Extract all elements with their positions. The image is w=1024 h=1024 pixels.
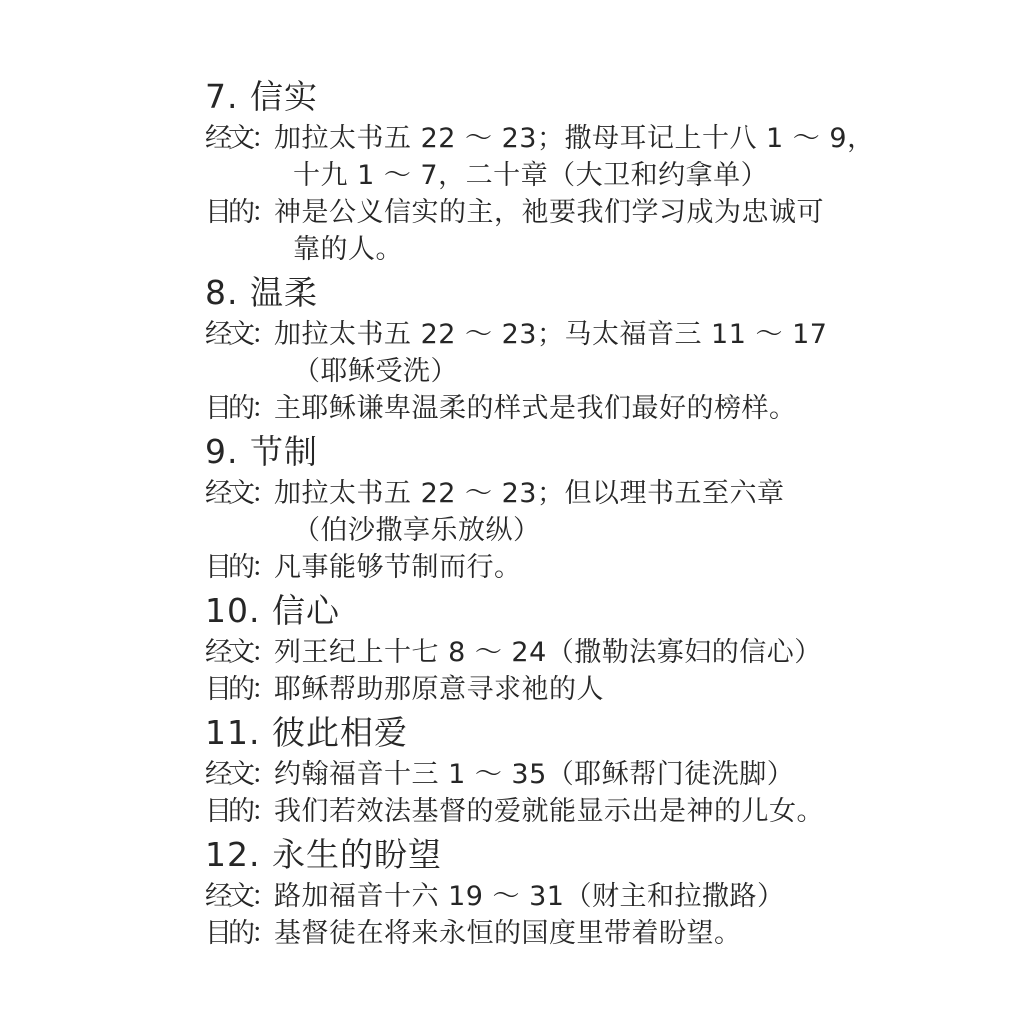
scripture-line: 列王纪上十七 8 ～ 24（撒勒法寡妇的信心） (274, 634, 905, 671)
purpose-content: 基督徒在将来永恒的国度里带着盼望。 (274, 915, 905, 952)
purpose-content: 神是公义信实的主，祂要我们学习成为忠诚可 靠的人。 (274, 194, 905, 268)
purpose-line: 神是公义信实的主，祂要我们学习成为忠诚可 (274, 194, 905, 231)
scripture-line: 路加福音十六 19 ～ 31（财主和拉撒路） (274, 878, 905, 915)
scripture-label: 经文： (205, 756, 274, 793)
scripture-content: 加拉太书五 22 ～ 23；马太福音三 11 ～ 17 （耶稣受洗） (274, 316, 905, 390)
purpose-line: 基督徒在将来永恒的国度里带着盼望。 (274, 915, 905, 952)
purpose-line: 耶稣帮助那原意寻求祂的人 (274, 671, 905, 708)
lesson-outline: 7. 信实 经文： 加拉太书五 22 ～ 23；撒母耳记上十八 1 ～ 9， 十… (205, 80, 905, 960)
scripture-label: 经文： (205, 316, 274, 353)
scripture-label: 经文： (205, 475, 274, 512)
purpose-row: 目的： 基督徒在将来永恒的国度里带着盼望。 (205, 915, 905, 952)
purpose-label: 目的： (205, 194, 274, 231)
scripture-content: 加拉太书五 22 ～ 23；但以理书五至六章 （伯沙撒享乐放纵） (274, 475, 905, 549)
scripture-line: 加拉太书五 22 ～ 23；但以理书五至六章 (274, 475, 905, 512)
purpose-content: 凡事能够节制而行。 (274, 549, 905, 586)
scripture-content: 加拉太书五 22 ～ 23；撒母耳记上十八 1 ～ 9， 十九 1 ～ 7，二十… (274, 120, 905, 194)
scripture-label: 经文： (205, 878, 274, 915)
section-title: 8. 温柔 (205, 276, 905, 310)
scripture-line: （伯沙撒享乐放纵） (274, 512, 905, 549)
purpose-row: 目的： 主耶稣谦卑温柔的样式是我们最好的榜样。 (205, 390, 905, 427)
scripture-row: 经文： 路加福音十六 19 ～ 31（财主和拉撒路） (205, 878, 905, 915)
section-title: 10. 信心 (205, 594, 905, 628)
scripture-label: 经文： (205, 634, 274, 671)
lesson-section-11: 11. 彼此相爱 经文： 约翰福音十三 1 ～ 35（耶稣帮门徒洗脚） 目的： … (205, 716, 905, 830)
purpose-row: 目的： 我们若效法基督的爱就能显示出是神的儿女。 (205, 793, 905, 830)
scripture-row: 经文： 加拉太书五 22 ～ 23；撒母耳记上十八 1 ～ 9， 十九 1 ～ … (205, 120, 905, 194)
purpose-line: 主耶稣谦卑温柔的样式是我们最好的榜样。 (274, 390, 905, 427)
lesson-section-10: 10. 信心 经文： 列王纪上十七 8 ～ 24（撒勒法寡妇的信心） 目的： 耶… (205, 594, 905, 708)
lesson-section-8: 8. 温柔 经文： 加拉太书五 22 ～ 23；马太福音三 11 ～ 17 （耶… (205, 276, 905, 427)
purpose-label: 目的： (205, 390, 274, 427)
purpose-label: 目的： (205, 671, 274, 708)
lesson-section-9: 9. 节制 经文： 加拉太书五 22 ～ 23；但以理书五至六章 （伯沙撒享乐放… (205, 435, 905, 586)
scripture-row: 经文： 约翰福音十三 1 ～ 35（耶稣帮门徒洗脚） (205, 756, 905, 793)
lesson-section-12: 12. 永生的盼望 经文： 路加福音十六 19 ～ 31（财主和拉撒路） 目的：… (205, 838, 905, 952)
document-page: { "page": { "background": "#ffffff", "te… (0, 0, 1024, 1024)
purpose-label: 目的： (205, 915, 274, 952)
scripture-line: 十九 1 ～ 7，二十章（大卫和约拿单） (274, 157, 905, 194)
scripture-line: 加拉太书五 22 ～ 23；撒母耳记上十八 1 ～ 9， (274, 120, 905, 157)
purpose-content: 我们若效法基督的爱就能显示出是神的儿女。 (274, 793, 905, 830)
scripture-row: 经文： 加拉太书五 22 ～ 23；但以理书五至六章 （伯沙撒享乐放纵） (205, 475, 905, 549)
purpose-row: 目的： 耶稣帮助那原意寻求祂的人 (205, 671, 905, 708)
purpose-row: 目的： 凡事能够节制而行。 (205, 549, 905, 586)
purpose-line: 靠的人。 (274, 231, 905, 268)
scripture-line: 加拉太书五 22 ～ 23；马太福音三 11 ～ 17 (274, 316, 905, 353)
scripture-line: （耶稣受洗） (274, 353, 905, 390)
scripture-line: 约翰福音十三 1 ～ 35（耶稣帮门徒洗脚） (274, 756, 905, 793)
purpose-line: 凡事能够节制而行。 (274, 549, 905, 586)
purpose-row: 目的： 神是公义信实的主，祂要我们学习成为忠诚可 靠的人。 (205, 194, 905, 268)
scripture-content: 列王纪上十七 8 ～ 24（撒勒法寡妇的信心） (274, 634, 905, 671)
scripture-row: 经文： 列王纪上十七 8 ～ 24（撒勒法寡妇的信心） (205, 634, 905, 671)
scripture-content: 路加福音十六 19 ～ 31（财主和拉撒路） (274, 878, 905, 915)
section-title: 12. 永生的盼望 (205, 838, 905, 872)
scripture-row: 经文： 加拉太书五 22 ～ 23；马太福音三 11 ～ 17 （耶稣受洗） (205, 316, 905, 390)
scripture-content: 约翰福音十三 1 ～ 35（耶稣帮门徒洗脚） (274, 756, 905, 793)
lesson-section-7: 7. 信实 经文： 加拉太书五 22 ～ 23；撒母耳记上十八 1 ～ 9， 十… (205, 80, 905, 268)
purpose-line: 我们若效法基督的爱就能显示出是神的儿女。 (274, 793, 905, 830)
purpose-content: 耶稣帮助那原意寻求祂的人 (274, 671, 905, 708)
purpose-label: 目的： (205, 549, 274, 586)
purpose-content: 主耶稣谦卑温柔的样式是我们最好的榜样。 (274, 390, 905, 427)
section-title: 9. 节制 (205, 435, 905, 469)
scripture-label: 经文： (205, 120, 274, 157)
section-title: 7. 信实 (205, 80, 905, 114)
section-title: 11. 彼此相爱 (205, 716, 905, 750)
purpose-label: 目的： (205, 793, 274, 830)
